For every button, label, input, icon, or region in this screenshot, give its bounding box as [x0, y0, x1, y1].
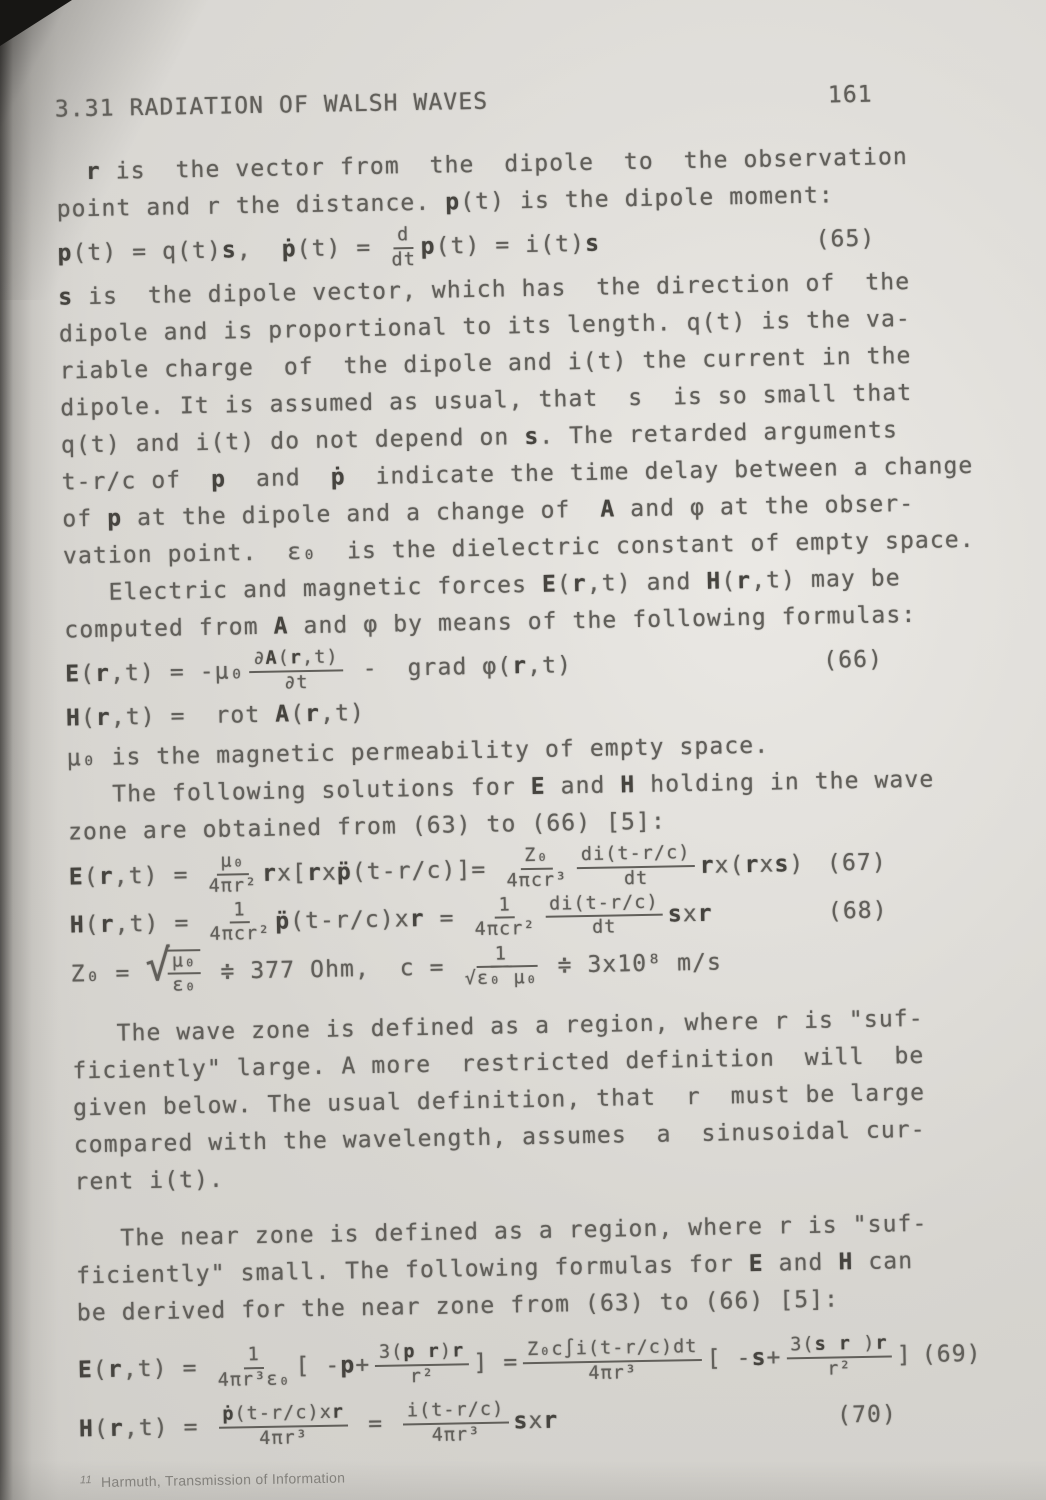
paragraph-forces: Electric and magnetic forces E(r,t) and … — [63, 561, 882, 650]
section-title: 3.31 RADIATION OF WALSH WAVES — [55, 84, 489, 129]
equation-70: H(r,t) = ṗ(t-r/c)xr4πr³ = i(t-r/c)4πr³sx… — [79, 1393, 898, 1453]
equation-text: [ -s+ — [706, 1340, 781, 1378]
equation-text: E(r,t) = — [69, 857, 204, 896]
equation-69: E(r,t) = 14πr³ε₀[ -p+3(p r)rr²] =Z₀c∫i(t… — [78, 1333, 897, 1393]
page-content: 3.31 RADIATION OF WALSH WAVES 161 r is t… — [55, 77, 899, 1491]
fraction: 3(s r )rr² — [786, 1334, 892, 1381]
fraction: 14πcr² — [209, 899, 271, 945]
equation-text: ≑ 377 Ohm, c = — [205, 949, 460, 991]
fraction: ṗ(t-r/c)xr4πr³ — [218, 1403, 349, 1451]
equation-number: (67) — [817, 844, 887, 882]
equation-text: - grad φ(r,t) — [348, 648, 573, 689]
equation-text: rx(rxs) — [699, 846, 804, 885]
equation-text: rx[rxp̈(t-r/c)]= — [262, 851, 502, 892]
fraction: Z₀4πcr³ — [506, 846, 568, 892]
equation-number: (68) — [818, 892, 888, 930]
equation-body: H(r,t) = ṗ(t-r/c)xr4πr³ = i(t-r/c)4πr³sx… — [79, 1394, 828, 1453]
page-header: 3.31 RADIATION OF WALSH WAVES 161 — [55, 77, 874, 129]
equation-text: ≑ 3x10⁸ m/s — [542, 945, 722, 985]
paragraph-wave-zone: The wave zone is defined as a region, wh… — [71, 1002, 892, 1202]
equation-text: sxr — [513, 1403, 559, 1441]
equation-body: E(r,t) = 14πr³ε₀[ -p+3(p r)rr²] =Z₀c∫i(t… — [78, 1333, 913, 1393]
fraction: ddt — [391, 225, 416, 271]
printer-signature: 11 Harmuth, Transmission of Information — [80, 1458, 898, 1491]
equation-text: Z₀ = — [70, 955, 145, 993]
equation-text: p̈(t-r/c)xr = — [275, 900, 470, 941]
equation-text: H(r,t) = — [69, 905, 204, 944]
equation-text: p(t) = i(t)s — [420, 226, 600, 266]
fraction: 14πr³ε₀ — [217, 1345, 291, 1392]
equation-text: H(r,t) = rot A(r,t) — [66, 695, 366, 737]
scanned-book-page: 3.31 RADIATION OF WALSH WAVES 161 r is t… — [0, 0, 1046, 1500]
paragraph-intro: r is the vector from the dipole to the o… — [56, 140, 875, 229]
page-number: 161 — [828, 77, 874, 115]
radical-sign: √ — [145, 946, 172, 987]
equation-number: (69) — [912, 1336, 982, 1374]
square-root: √μ₀ε₀ — [145, 949, 206, 997]
signature-mark: 11 — [80, 1471, 92, 1489]
equation-number: (65) — [805, 221, 875, 259]
equation-text: = — [353, 1406, 399, 1444]
fraction: di(t-r/c)dt — [577, 843, 695, 890]
signature-text: Harmuth, Transmission of Information — [101, 1468, 346, 1490]
fraction: i(t-r/c)4πr³ — [403, 1400, 509, 1447]
equation-text: sxr — [668, 895, 714, 933]
equation-text: ] — [897, 1337, 913, 1374]
fraction: 3(p r)rr² — [375, 1341, 469, 1388]
paragraph-near-zone: The near zone is defined as a region, wh… — [75, 1207, 895, 1333]
paragraph-dipole: s is the dipole vector, which has the di… — [58, 265, 881, 576]
fraction: ∂A(r,t)∂t — [249, 648, 343, 695]
equation-text: ] = — [473, 1345, 519, 1383]
fraction: Z₀c∫i(t-r/c)dt4πr³ — [523, 1337, 702, 1385]
equation-text: [ -p+ — [295, 1347, 370, 1385]
paragraph-permeability: μ₀ is the magnetic permeability of empty… — [66, 726, 886, 852]
equation-text: p(t) = q(t)s, ṗ(t) = — [57, 230, 386, 273]
equation-number: (70) — [827, 1397, 897, 1435]
equation-text: H(r,t) = — [79, 1409, 214, 1448]
fraction: μ₀4πr² — [208, 851, 258, 897]
fraction: 14πcr² — [474, 895, 536, 941]
page-corner-shadow — [0, 0, 72, 46]
equation-text: E(r,t) = -μ₀ — [65, 654, 245, 694]
fraction: 1√ε₀ μ₀ — [464, 944, 538, 991]
equation-number: (66) — [813, 642, 883, 680]
fraction: di(t-r/c)dt — [545, 892, 663, 939]
equation-text: E(r,t) = — [78, 1350, 213, 1389]
